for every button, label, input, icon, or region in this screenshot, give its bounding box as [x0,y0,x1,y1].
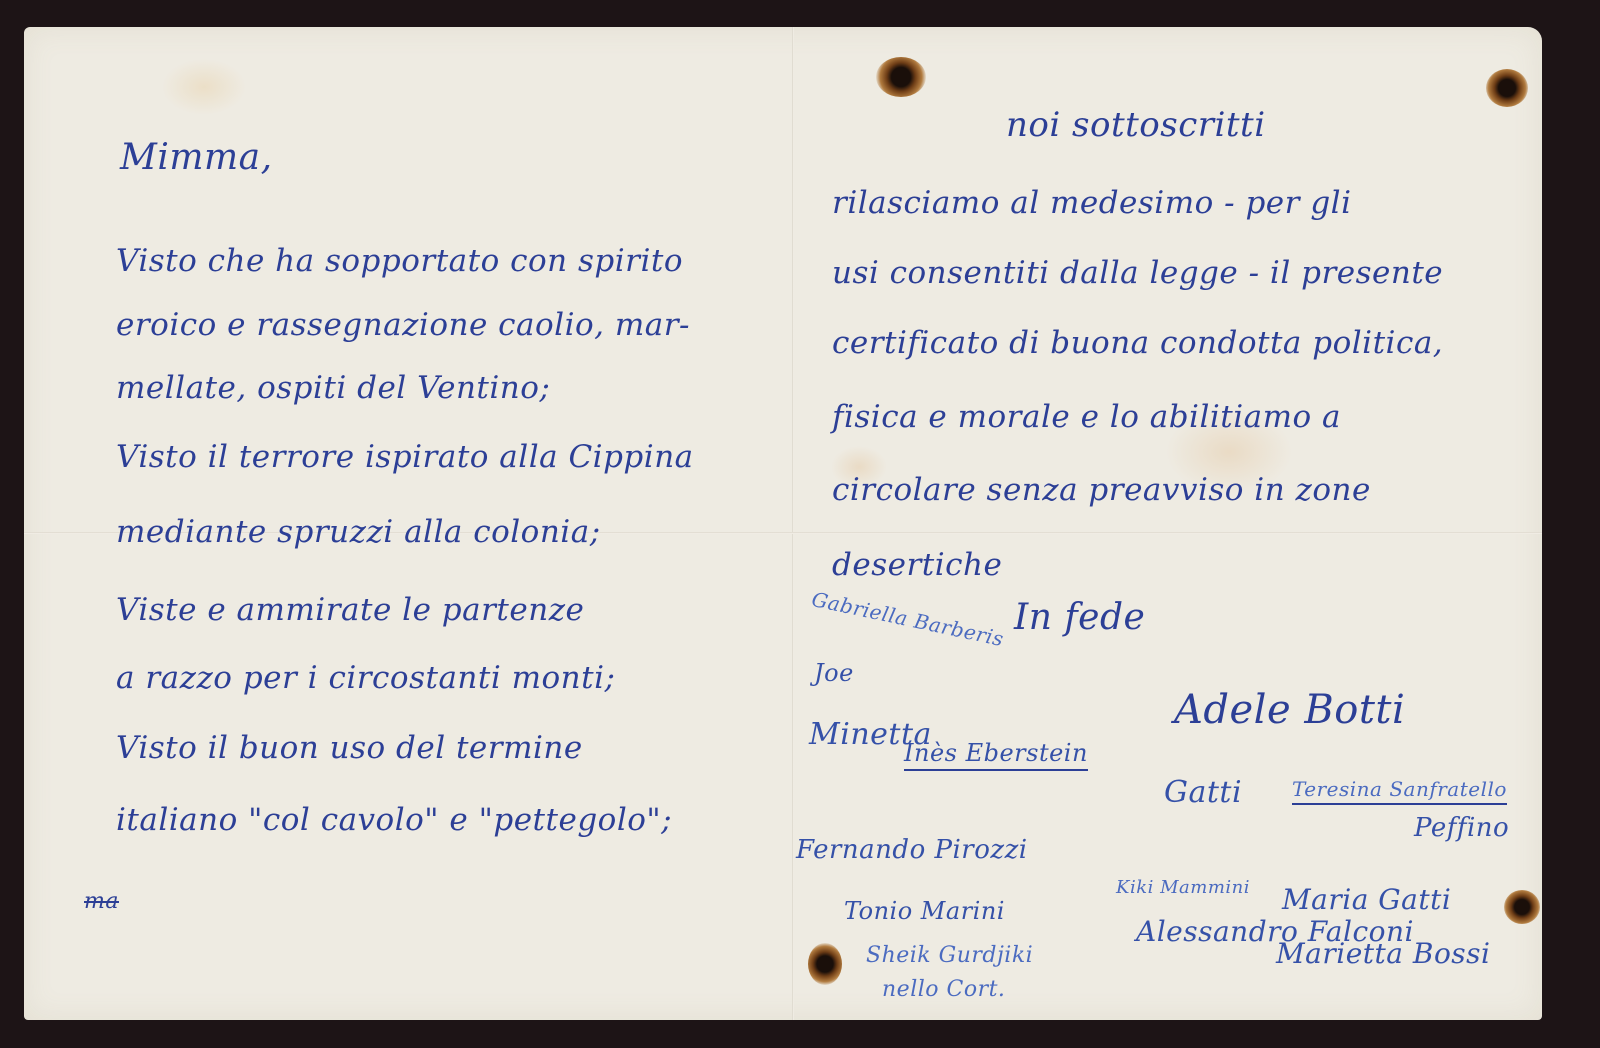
letter-line-8: Visto il buon uso del termine [116,730,583,766]
letter-paper: Mimma, Visto che ha sopportato con spiri… [24,27,1542,1020]
certificate-line-3: certificato di buona condotta politica, [832,325,1443,361]
signature-fernando-pirozzi: Fernando Pirozzi [796,835,1028,865]
closing-in-fede: In fede [1014,597,1145,638]
certificate-heading: noi sottoscritti [1006,105,1266,145]
signature-gatti: Gatti [1164,775,1242,810]
signature-gabriella-barberis: Gabriella Barberis [810,587,1006,651]
certificate-line-2: usi consentiti dalla legge - il presente [832,255,1443,291]
signature-joe: Joe [814,659,854,687]
certificate-line-1: rilasciamo al medesimo - per gli [832,185,1352,221]
signature-ines-eberstein: Inès Eberstein [904,739,1088,771]
salutation: Mimma, [120,137,273,178]
signature-teresina-sanfratello: Teresina Sanfratello [1292,777,1507,805]
signature-sheik-gurdjiki: Sheik Gurdjiki [866,943,1033,968]
burn-mark-top-center [876,57,926,97]
certificate-line-4: fisica e morale e lo abilitiamo a [832,399,1341,435]
burn-mark-top-right [1486,69,1528,107]
certificate-line-5: circolare senza preavviso in zone [832,472,1371,508]
burn-mark-bottom-center [808,943,842,985]
signature-tonio-marini: Tonio Marini [844,897,1005,925]
signature-adele-botti: Adele Botti [1174,687,1405,733]
vertical-fold-line [792,27,794,1020]
signature-marietta-bossi: Marietta Bossi [1276,937,1491,970]
certificate-line-6: desertiche [832,547,1002,583]
letter-line-4: Visto il terrore ispirato alla Cippina [116,439,694,475]
signature-kiki-mammini: Kiki Mammini [1116,877,1250,898]
scribble: ma [84,889,119,914]
letter-line-7: a razzo per i circostanti monti; [116,660,615,696]
letter-line-3: mellate, ospiti del Ventino; [116,370,550,406]
letter-line-5: mediante spruzzi alla colonia; [116,514,601,550]
signature-peffino: Peffino [1414,813,1509,843]
letter-line-6: Viste e ammirate le partenze [116,592,584,628]
letter-line-2: eroico e rassegnazione caolio, mar- [116,307,690,343]
signature-nello-cort: nello Cort. [882,977,1005,1002]
signature-maria-gatti: Maria Gatti [1282,883,1451,916]
burn-mark-bottom-right [1504,890,1540,924]
letter-line-9: italiano "col cavolo" e "pettegolo"; [116,802,672,838]
letter-line-1: Visto che ha sopportato con spirito [116,243,683,279]
